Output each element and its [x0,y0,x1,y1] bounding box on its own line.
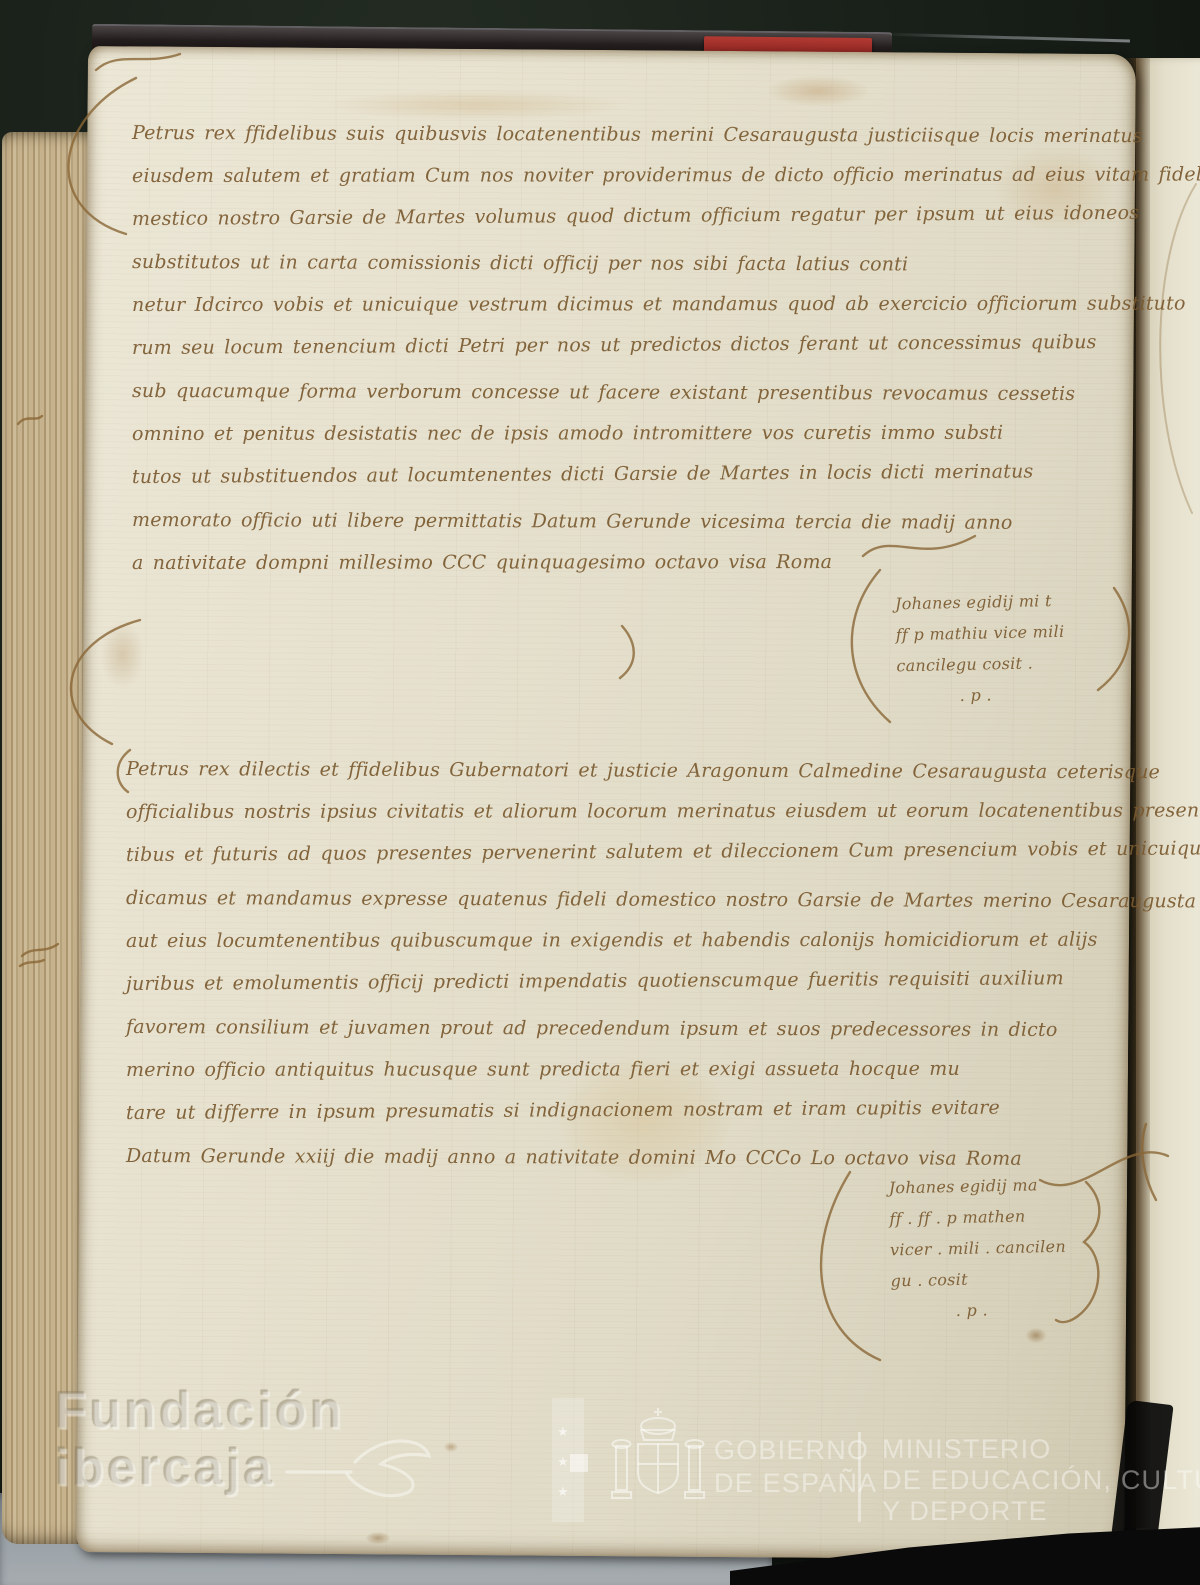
manuscript-line: juribus et emolumentis officij predicti … [126,957,1126,1006]
manuscript-line: memorato officio uti libere permittatis … [132,499,1122,545]
manuscript-line: rum seu locum tenencium dicti Petri per … [132,321,1122,370]
manuscript-line: favorem consilium et juvamen prout ad pr… [126,1006,1126,1052]
manuscript-line: mestico nostro Garsie de Martes volumus … [132,192,1122,241]
signature-line: gu . cosit [890,1261,1121,1297]
signature-paraph: . p . [891,1293,1053,1327]
signature-line: vicer . mili . cancilen [890,1230,1121,1266]
manuscript-line: substitutos ut in carta comissionis dict… [132,241,1122,287]
signature-line: ff . ff . p mathen [889,1199,1120,1235]
signature-block-1: Johanes egidij mi t ff p mathiu vice mil… [895,584,1123,713]
signature-paraph: . p . [897,678,1055,712]
manuscript-line: Petrus rex ffidelibus suis quibusvis loc… [132,112,1122,158]
manuscript-line: officialibus nostris ipsius civitatis et… [126,790,1126,834]
manuscript-line: netur Idcirco vobis et unicuique vestrum… [132,283,1122,327]
manuscript-line: a nativitate dompni millesimo CCC quinqu… [132,541,1122,585]
manuscript-line: tare ut differre in ipsum presumatis si … [126,1086,1126,1135]
manuscript-line: omnino et penitus desistatis nec de ipsi… [132,412,1122,456]
signature-block-2: Johanes egidij ma ff . ff . p mathen vic… [888,1168,1121,1328]
manuscript-line: dicamus et mandamus expresse quatenus fi… [126,877,1126,923]
manuscript-line: Petrus rex dilectis et ffidelibus Gubern… [126,748,1126,794]
signature-line: cancilegu cosit . [896,646,1122,682]
signature-line: ff p mathiu vice mili [895,615,1121,651]
manuscript-line: merino officio antiquitus hucusque sunt … [126,1048,1126,1092]
manuscript-line: aut eius locumtenentibus quibuscumque in… [126,919,1126,963]
manuscript-line: eiusdem salutem et gratiam Cum nos novit… [132,154,1122,198]
manuscript-line: tutos ut substituendos aut locumtenentes… [132,450,1122,499]
manuscript-line: tibus et futuris ad quos presentes perve… [126,828,1126,877]
paragraph-1: Petrus rex ffidelibus suis quibusvis loc… [132,112,1122,585]
signature-line: Johanes egidij mi t [895,584,1121,620]
paragraph-2: Petrus rex dilectis et ffidelibus Gubern… [126,748,1126,1178]
manuscript-line: sub quacumque forma verborum concesse ut… [132,370,1122,416]
signature-line: Johanes egidij ma [888,1168,1119,1204]
